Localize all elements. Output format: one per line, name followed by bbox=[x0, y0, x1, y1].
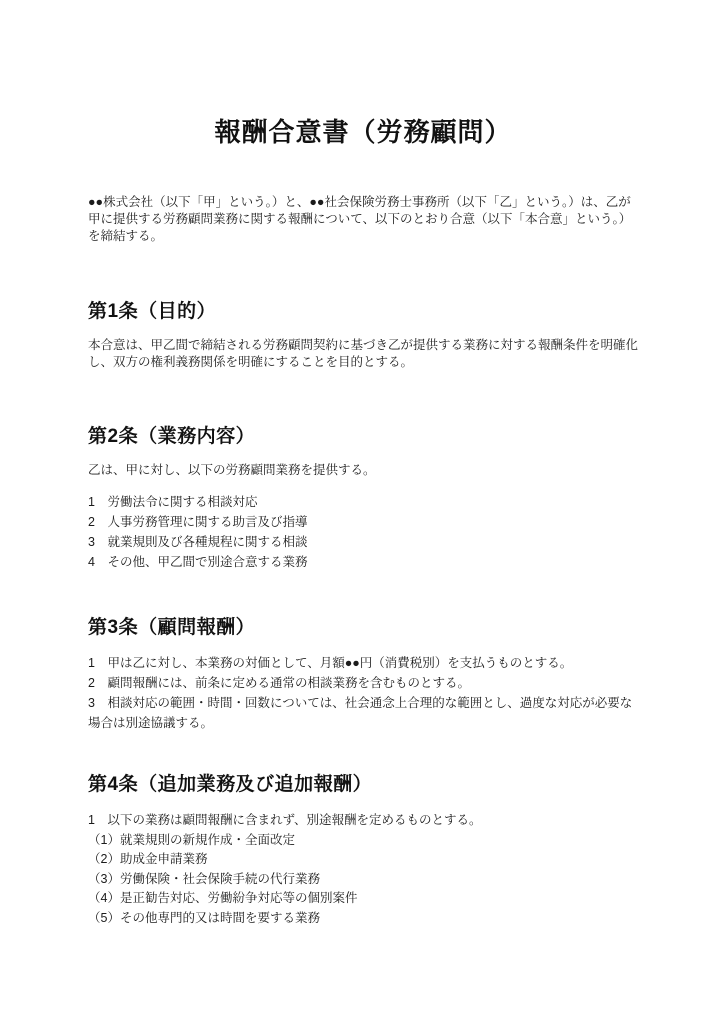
article-1-paragraph: 本合意は、甲乙間で締結される労務顧問契約に基づき乙が提供する業務に対する報酬条件… bbox=[88, 337, 638, 371]
list-item: 4 その他、甲乙間で別途合意する業務 bbox=[88, 552, 638, 572]
list-item: 3 就業規則及び各種規程に関する相談 bbox=[88, 532, 638, 552]
article-3-heading: 第3条（顧問報酬） bbox=[88, 616, 638, 640]
list-item: 2 人事労務管理に関する助言及び指導 bbox=[88, 512, 638, 532]
list-item: （2）助成金申請業務 bbox=[88, 850, 638, 870]
list-item: 1 甲は乙に対し、本業務の対価として、月額●●円（消費税別）を支払うものとする。 bbox=[88, 653, 638, 673]
article-2-paragraph: 乙は、甲に対し、以下の労務顧問業務を提供する。 bbox=[88, 462, 638, 479]
document-title: 報酬合意書（労務顧問） bbox=[88, 116, 638, 148]
document-page: 報酬合意書（労務顧問） ●●株式会社（以下「甲」という。）と、●●社会保険労務士… bbox=[0, 0, 724, 1024]
article-3-item-list: 1 甲は乙に対し、本業務の対価として、月額●●円（消費税別）を支払うものとする。… bbox=[88, 653, 638, 733]
section-article-2: 第2条（業務内容） 乙は、甲に対し、以下の労務顧問業務を提供する。 1 労働法令… bbox=[88, 425, 638, 572]
article-4-heading: 第4条（追加業務及び追加報酬） bbox=[88, 773, 638, 797]
list-item: 2 顧問報酬には、前条に定める通常の相談業務を含むものとする。 bbox=[88, 673, 638, 693]
intro-paragraph: ●●株式会社（以下「甲」という。）と、●●社会保険労務士事務所（以下「乙」という… bbox=[88, 194, 638, 245]
article-2-item-list: 1 労働法令に関する相談対応 2 人事労務管理に関する助言及び指導 3 就業規則… bbox=[88, 492, 638, 572]
list-item: （3）労働保険・社会保険手続の代行業務 bbox=[88, 870, 638, 890]
list-item: 1 労働法令に関する相談対応 bbox=[88, 492, 638, 512]
article-2-heading: 第2条（業務内容） bbox=[88, 425, 638, 449]
list-item: 1 以下の業務は顧問報酬に含まれず、別途報酬を定めるものとする。 bbox=[88, 811, 638, 831]
article-4-item-list: 1 以下の業務は顧問報酬に含まれず、別途報酬を定めるものとする。 （1）就業規則… bbox=[88, 811, 638, 928]
section-article-4: 第4条（追加業務及び追加報酬） 1 以下の業務は顧問報酬に含まれず、別途報酬を定… bbox=[88, 773, 638, 928]
list-item: 3 相談対応の範囲・時間・回数については、社会通念上合理的な範囲とし、過度な対応… bbox=[88, 693, 638, 733]
section-article-3: 第3条（顧問報酬） 1 甲は乙に対し、本業務の対価として、月額●●円（消費税別）… bbox=[88, 616, 638, 733]
section-article-1: 第1条（目的） 本合意は、甲乙間で締結される労務顧問契約に基づき乙が提供する業務… bbox=[88, 300, 638, 371]
list-item: （5）その他専門的又は時間を要する業務 bbox=[88, 909, 638, 929]
article-1-heading: 第1条（目的） bbox=[88, 300, 638, 324]
list-item: （4）是正勧告対応、労働紛争対応等の個別案件 bbox=[88, 889, 638, 909]
list-item: （1）就業規則の新規作成・全面改定 bbox=[88, 831, 638, 851]
